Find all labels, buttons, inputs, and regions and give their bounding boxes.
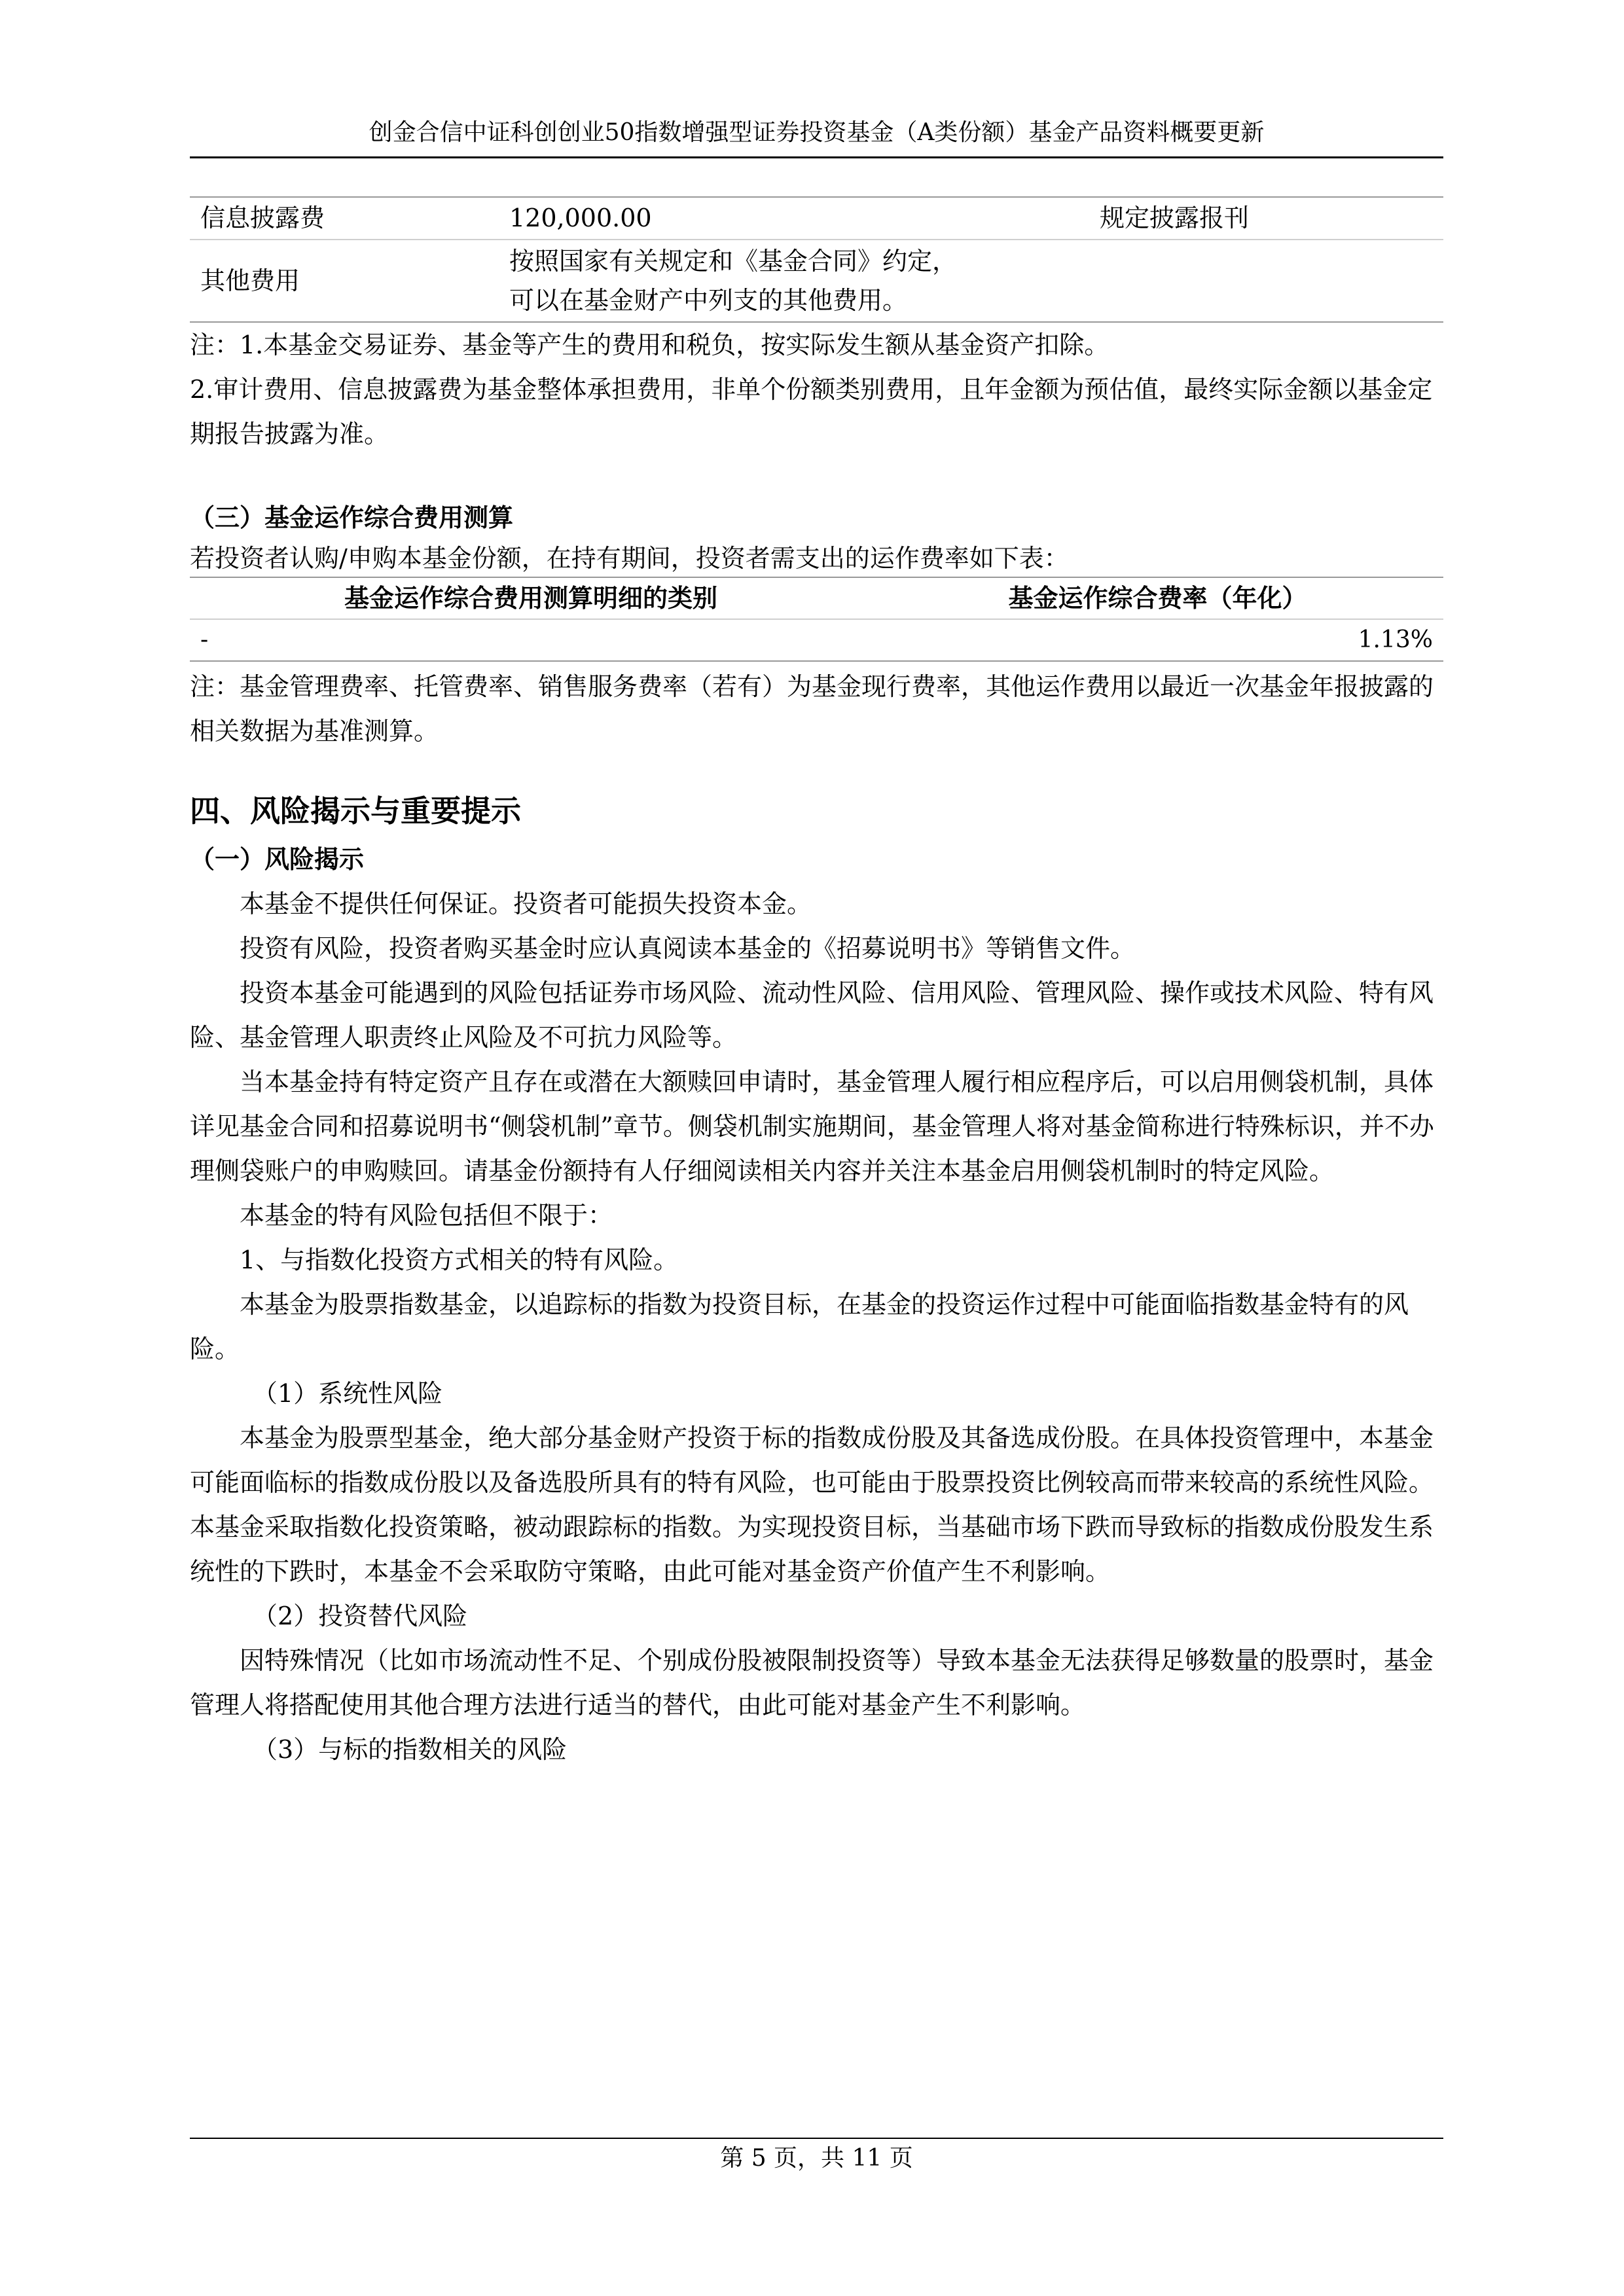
fee-note: 规定披露报刊 [1089, 197, 1443, 240]
cost-rate: 1.13% [872, 619, 1443, 661]
fee-note-1: 注：1.本基金交易证券、基金等产生的费用和税负，按实际发生额从基金资产扣除。 [190, 323, 1443, 367]
table-row: 其他费用 按照国家有关规定和《基金合同》约定， 可以在基金财产中列支的其他费用。 [190, 240, 1443, 322]
risk-subheading-substitution: （2）投资替代风险 [190, 1594, 1443, 1638]
subsection-heading-risk-disclosure: （一）风险揭示 [190, 837, 1443, 882]
header-divider [190, 156, 1443, 158]
cost-category: - [190, 619, 872, 661]
risk-paragraph: 本基金不提供任何保证。投资者可能损失投资本金。 [190, 882, 1443, 926]
fee-amount-line: 可以在基金财产中列支的其他费用。 [509, 281, 1079, 320]
column-header-category: 基金运作综合费用测算明细的类别 [190, 577, 872, 619]
page-content: 信息披露费 120,000.00 规定披露报刊 其他费用 按照国家有关规定和《基… [190, 196, 1443, 1772]
risk-paragraph: 当本基金持有特定资产且存在或潜在大额赎回申请时，基金管理人履行相应程序后，可以启… [190, 1060, 1443, 1193]
fee-amount: 按照国家有关规定和《基金合同》约定， 可以在基金财产中列支的其他费用。 [499, 240, 1089, 322]
risk-paragraph: 本基金为股票指数基金，以追踪标的指数为投资目标，在基金的投资运作过程中可能面临指… [190, 1282, 1443, 1371]
footer-divider [190, 2138, 1443, 2139]
fee-name: 信息披露费 [190, 197, 499, 240]
risk-paragraph: 投资本基金可能遇到的风险包括证券市场风险、流动性风险、信用风险、管理风险、操作或… [190, 971, 1443, 1060]
fee-amount: 120,000.00 [499, 197, 1089, 240]
operating-cost-intro: 若投资者认购/申购本基金份额，在持有期间，投资者需支出的运作费率如下表： [190, 540, 1443, 577]
operating-cost-note: 注：基金管理费率、托管费率、销售服务费率（若有）为基金现行费率，其他运作费用以最… [190, 664, 1443, 753]
column-header-rate: 基金运作综合费率（年化） [872, 577, 1443, 619]
fee-name: 其他费用 [190, 240, 499, 322]
risk-paragraph: 1、与指数化投资方式相关的特有风险。 [190, 1238, 1443, 1282]
table-row: 信息披露费 120,000.00 规定披露报刊 [190, 197, 1443, 240]
risk-subheading-systematic: （1）系统性风险 [190, 1371, 1443, 1416]
page-header-title: 创金合信中证科创创业50指数增强型证券投资基金（A类份额）基金产品资料概要更新 [190, 117, 1443, 149]
operating-cost-table: 基金运作综合费用测算明细的类别 基金运作综合费率（年化） - 1.13% [190, 577, 1443, 662]
risk-paragraph: 本基金的特有风险包括但不限于： [190, 1193, 1443, 1238]
section-heading-operating-cost: （三）基金运作综合费用测算 [190, 495, 1443, 540]
fee-note-2: 2.审计费用、信息披露费为基金整体承担费用，非单个份额类别费用，且年金额为预估值… [190, 367, 1443, 456]
page-number: 第 5 页，共 11 页 [190, 2142, 1443, 2176]
risk-paragraph-substitution: 因特殊情况（比如市场流动性不足、个别成份股被限制投资等）导致本基金无法获得足够数… [190, 1638, 1443, 1727]
fee-amount-line: 按照国家有关规定和《基金合同》约定， [509, 242, 1079, 281]
risk-subheading-index: （3）与标的指数相关的风险 [190, 1727, 1443, 1772]
table-header-row: 基金运作综合费用测算明细的类别 基金运作综合费率（年化） [190, 577, 1443, 619]
section-heading-risk: 四、风险揭示与重要提示 [190, 785, 1443, 837]
table-row: - 1.13% [190, 619, 1443, 661]
risk-paragraph: 投资有风险，投资者购买基金时应认真阅读本基金的《招募说明书》等销售文件。 [190, 926, 1443, 971]
risk-paragraph-systematic: 本基金为股票型基金，绝大部分基金财产投资于标的指数成份股及其备选成份股。在具体投… [190, 1416, 1443, 1594]
fee-table: 信息披露费 120,000.00 规定披露报刊 其他费用 按照国家有关规定和《基… [190, 196, 1443, 323]
fee-note [1089, 240, 1443, 322]
